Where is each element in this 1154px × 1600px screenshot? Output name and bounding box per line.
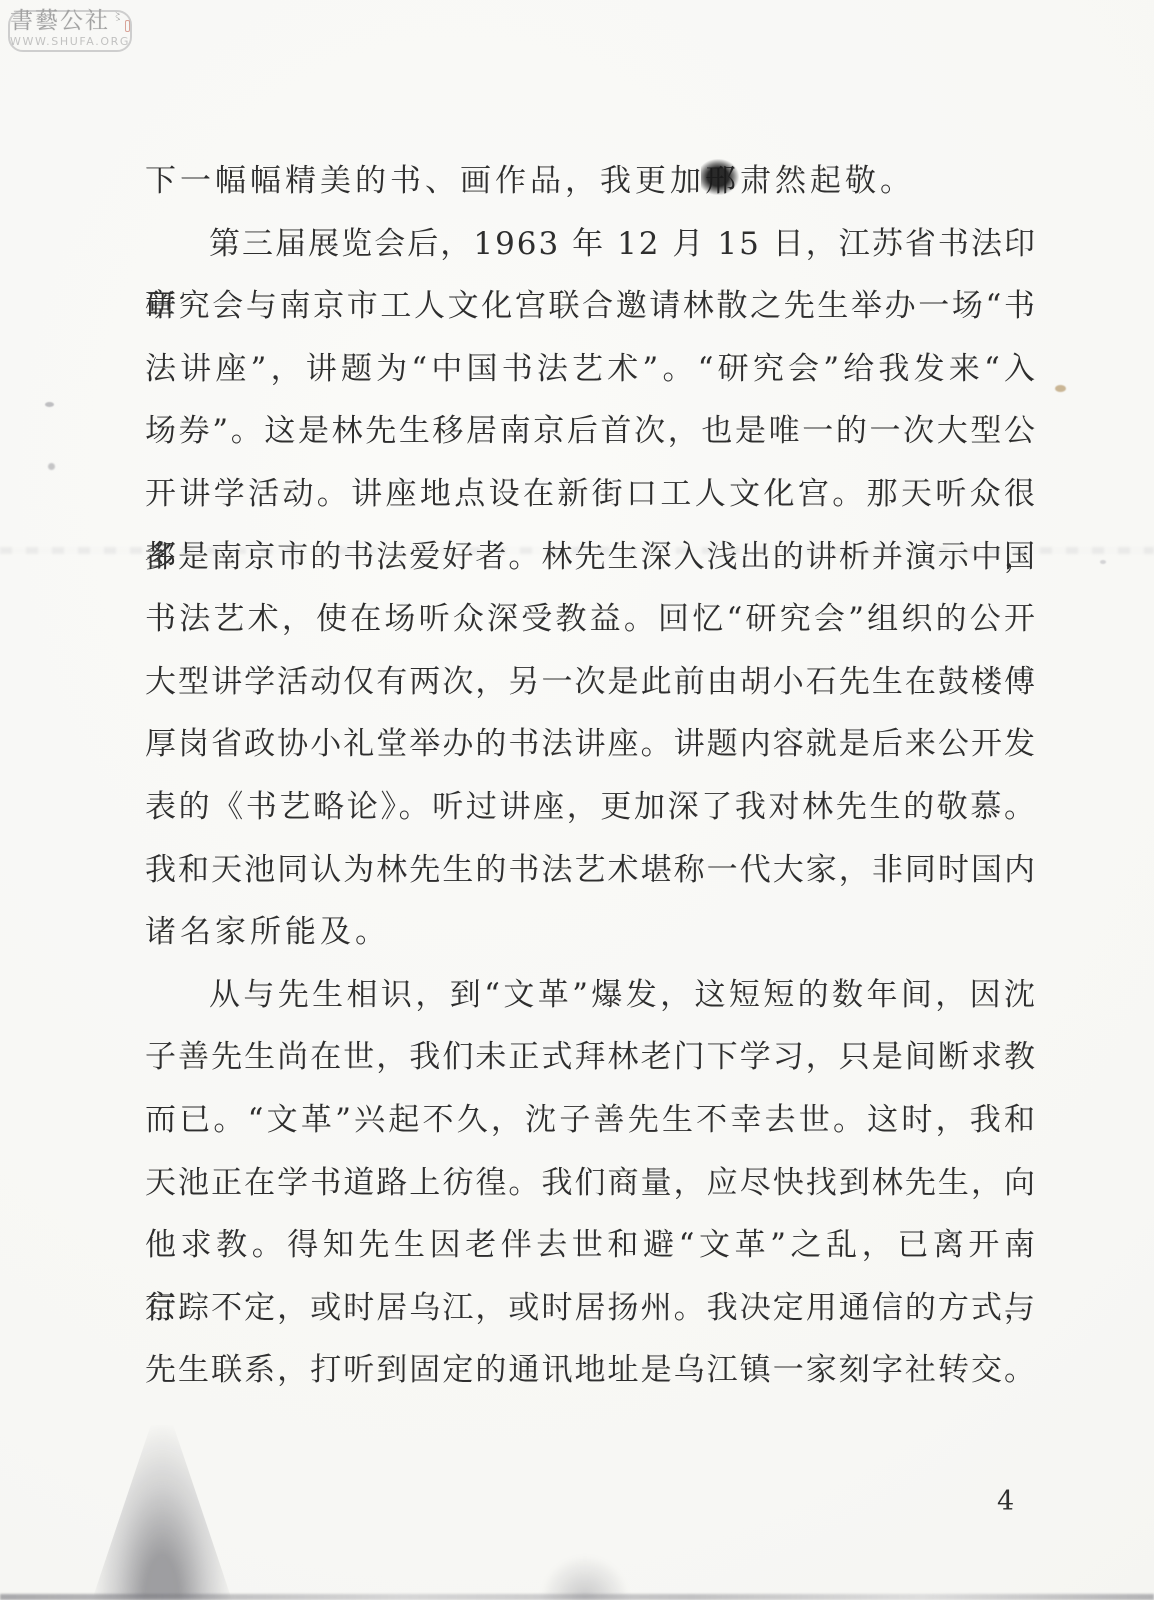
text-segment: 书法艺术，使在场听众深受教益。回忆“研究会”组织的公开 <box>145 601 1037 637</box>
watermark-flourish-icon: 〻 <box>112 10 123 24</box>
text-segment: 研究会与南京市工人文化宫联合邀请林散之先生举办一场“书 <box>145 288 1037 324</box>
scan-speck-artifact <box>48 463 55 470</box>
text-line: 子善先生尚在世，我们未正式拜林老门下学习，只是间断求教 <box>145 1026 1037 1089</box>
text-line: 书法艺术，使在场听众深受教益。回忆“研究会”组织的公开 <box>145 588 1037 651</box>
document-lines: 下一幅幅精美的书、画作品，我更加邢肃然起敬。第三届展览会后，1963 年 12 … <box>145 150 1037 1402</box>
text-line: 场券”。这是林先生移居南京后首次，也是唯一的一次大型公 <box>145 400 1037 463</box>
text-segment: 下一幅幅精美的书、画作品，我更加 <box>145 163 705 199</box>
text-segment: 都是南京市的书法爱好者。林先生深入浅出的讲析并演示中国 <box>145 539 1037 575</box>
scan-smudge-artifact <box>92 1425 232 1600</box>
scan-speck-artifact <box>1100 560 1106 564</box>
scan-bottom-edge-artifact <box>0 1594 1154 1600</box>
scan-speck-artifact <box>45 402 54 407</box>
scan-speck-artifact <box>1055 385 1066 392</box>
text-segment: 而已。“文革”兴起不久，沈子善先生不幸去世。这时，我和 <box>145 1102 1037 1138</box>
text-line: 都是南京市的书法爱好者。林先生深入浅出的讲析并演示中国 <box>145 526 1037 589</box>
text-line: 而已。“文革”兴起不久，沈子善先生不幸去世。这时，我和 <box>145 1089 1037 1152</box>
text-line: 大型讲学活动仅有两次，另一次是此前由胡小石先生在鼓楼傅 <box>145 651 1037 714</box>
text-segment: 行踪不定，或时居乌江，或时居扬州。我决定用通信的方式与 <box>145 1290 1037 1326</box>
fold-crease-artifact <box>0 547 1154 554</box>
text-line: 他求教。得知先生因老伴去世和避“文革”之乱，已离开南京， <box>145 1214 1037 1277</box>
text-segment: 子善先生尚在世，我们未正式拜林老门下学习，只是间断求教 <box>145 1039 1037 1075</box>
text-segment: 大型讲学活动仅有两次，另一次是此前由胡小石先生在鼓楼傅 <box>145 664 1037 700</box>
text-segment: 肃然起敬。 <box>740 163 915 199</box>
text-segment: 表的《书艺略论》。听过讲座，更加深了我对林先生的敬慕。 <box>145 789 1037 825</box>
text-segment: 诸名家所能及。 <box>145 914 390 950</box>
text-line: 先生联系，打听到固定的通讯地址是乌江镇一家刻字社转交。 <box>145 1339 1037 1402</box>
text-segment: 天池正在学书道路上彷徨。我们商量，应尽快找到林先生，向 <box>145 1165 1037 1201</box>
watermark-url-text: WWW.SHUFA.ORG <box>10 35 130 48</box>
watermark-seal-icon <box>125 20 130 32</box>
text-segment: 先生联系，打听到固定的通讯地址是乌江镇一家刻字社转交。 <box>145 1352 1037 1388</box>
text-line: 厚岗省政协小礼堂举办的书法讲座。讲题内容就是后来公开发 <box>145 713 1037 776</box>
watermark-badge: 書藝公社 〻 WWW.SHUFA.ORG <box>8 10 132 52</box>
text-segment: 从与先生相识，到“文革”爆发，这短短的数年间，因沈 <box>209 977 1037 1013</box>
text-line: 行踪不定，或时居乌江，或时居扬州。我决定用通信的方式与 <box>145 1277 1037 1340</box>
text-line: 研究会与南京市工人文化宫联合邀请林散之先生举办一场“书 <box>145 275 1037 338</box>
text-line: 天池正在学书道路上彷徨。我们商量，应尽快找到林先生，向 <box>145 1152 1037 1215</box>
text-line: 我和天池同认为林先生的书法艺术堪称一代大家，非同时国内 <box>145 839 1037 902</box>
text-segment: 法讲座”，讲题为“中国书法艺术”。“研究会”给我发来“入 <box>145 351 1037 387</box>
struck-out-character: 邢 <box>705 150 740 213</box>
scanned-document-page: 書藝公社 〻 WWW.SHUFA.ORG 下一幅幅精美的书、画作品，我更加邢肃然… <box>0 0 1154 1600</box>
text-line: 法讲座”，讲题为“中国书法艺术”。“研究会”给我发来“入 <box>145 338 1037 401</box>
text-line: 表的《书艺略论》。听过讲座，更加深了我对林先生的敬慕。 <box>145 776 1037 839</box>
text-line: 下一幅幅精美的书、画作品，我更加邢肃然起敬。 <box>145 150 1037 213</box>
text-line: 诸名家所能及。 <box>145 901 1037 964</box>
text-segment: 场券”。这是林先生移居南京后首次，也是唯一的一次大型公 <box>145 413 1037 449</box>
watermark-brand-row: 書藝公社 〻 <box>10 8 130 34</box>
text-segment: 我和天池同认为林先生的书法艺术堪称一代大家，非同时国内 <box>145 852 1037 888</box>
text-line: 开讲学活动。讲座地点设在新街口工人文化宫。那天听众很多， <box>145 463 1037 526</box>
watermark-brand-text: 書藝公社 <box>10 8 110 34</box>
text-line: 从与先生相识，到“文革”爆发，这短短的数年间，因沈 <box>145 964 1037 1027</box>
page-number: 4 <box>997 1486 1014 1517</box>
text-segment: 厚岗省政协小礼堂举办的书法讲座。讲题内容就是后来公开发 <box>145 726 1037 762</box>
text-line: 第三届展览会后，1963 年 12 月 15 日，江苏省书法印章 <box>145 213 1037 276</box>
